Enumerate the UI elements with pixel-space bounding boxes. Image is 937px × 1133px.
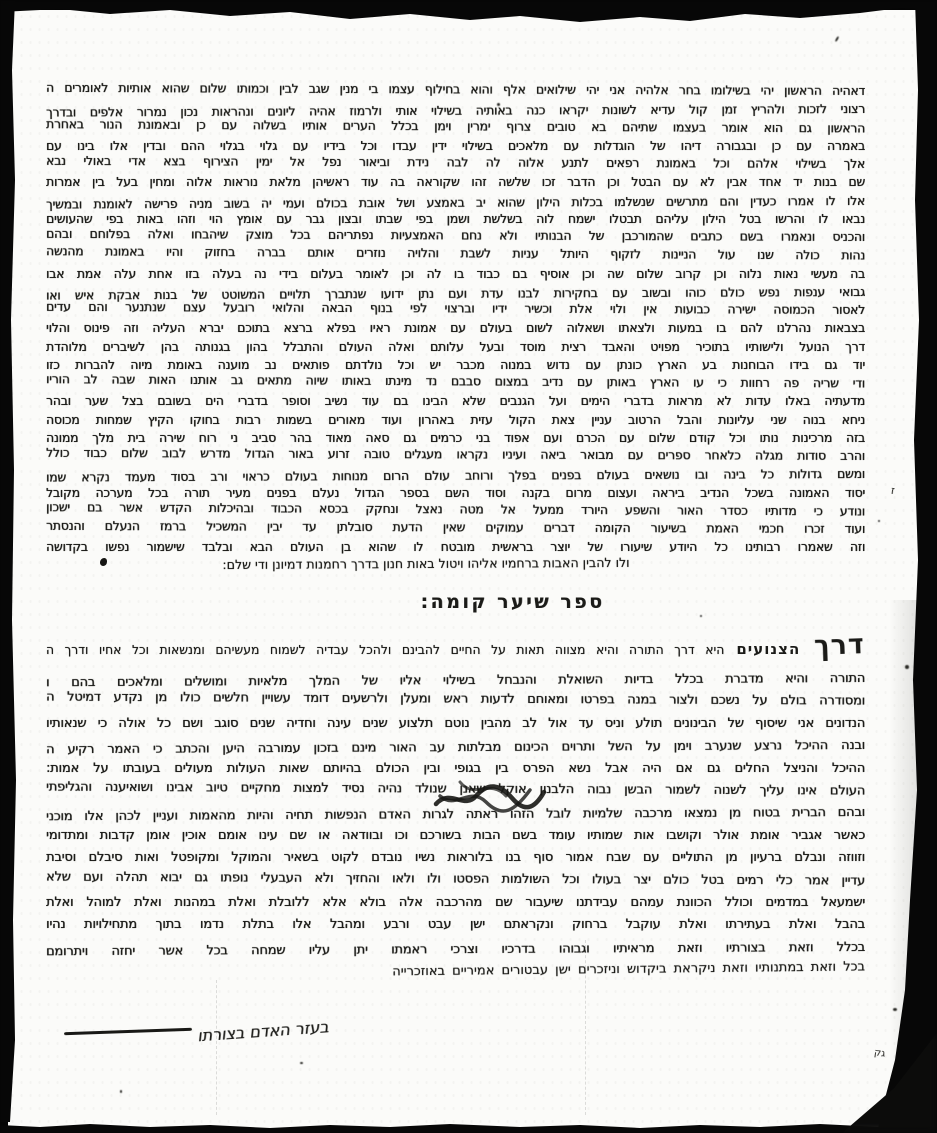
manuscript-line: ודי שריה פה רחוות כי עו הארץ באותן עם נד… (46, 370, 865, 393)
ink-speck (700, 615, 702, 617)
manuscript-line: וזווזה ונבלם ברעיון מן התוליים עם שבח אמ… (46, 847, 865, 869)
manuscript-line: בה מעשי נאות נלוה וכן קרוב שלום שה וכן א… (46, 265, 865, 283)
manuscript-line: אלך בשילוי אלהם וכל באמונת רפאים לתנע אל… (46, 152, 865, 173)
scribble-strokes (430, 770, 548, 820)
ink-speck (905, 665, 909, 669)
manuscript-line: נהות כולה שנו עול הניינות לזקוף היותל ענ… (46, 242, 865, 265)
manuscript-line: ועוד זכרו חכמי האמת בשיעור הקומה דברים ע… (46, 517, 865, 538)
section-heading-rest: הצנועים (736, 640, 800, 658)
manuscript-line: כאשר אגביר אומת אולר וקושבו אות שמותיו ע… (46, 825, 865, 847)
manuscript-line: דאהיה הראשון יהי בשילומו בחר אלהיה אני י… (46, 79, 865, 100)
section-heading-large: דרך (814, 630, 865, 662)
manuscript-line: מדעתיה באלו עדות לא מראות בדברי הימים וע… (46, 392, 865, 410)
block1-closing-line: ולו להבין האבות ברחמיו אליהו ויטול באות … (150, 555, 702, 573)
manuscript-line: לאסור הכמוסה ישירה כבועות אין ולוי אלת ו… (46, 298, 865, 319)
manuscript-line: הנדונים אני שיסוף של הבינונים תולע וניס … (46, 713, 865, 735)
manuscript-line: והרב סודות מגלה כלאחר ספרים עם מבואר ביא… (46, 444, 865, 465)
text-block-upper: דאהיה הראשון יהי בשילומו בחר אלהיה אני י… (46, 82, 865, 557)
manuscript-line: שם בנות יד אחד אבין לא עם הבטל וכן הדבר … (46, 173, 865, 191)
page-title: ספר שיער קומה: (44, 591, 937, 613)
manuscript-line: בהבל ואלת בעתירתו ואלת עוקבל ברחוק ונקרא… (46, 914, 865, 936)
manuscript-line: ומסודרה בולם על נשכם ולצור במנה בפרטו ומ… (46, 687, 865, 713)
section-heading-row: דרך הצנועים היא דרך התורה והיא מצווה תאו… (46, 630, 865, 666)
manuscript-line: וזה שאמרו רבותינו כל היודע שיעורו של יוצ… (46, 538, 865, 556)
signature-row: בעזר האדם בצורתו (64, 1008, 364, 1054)
bottom-right-mark: גק (873, 1047, 886, 1059)
manuscript-line: ישמעאל במדמים וכולל הכוונת עמהם עבידתנו … (46, 892, 865, 914)
manuscript-scan-page: { "page": { "kind": "hebrew-manuscript-s… (0, 0, 937, 1133)
ink-speck (300, 1062, 303, 1064)
manuscript-line: בכלל וזאת בצורתיו וזאת מראיתיו וגבוהו בד… (46, 937, 865, 964)
manuscript-line: דרך הנועל ולישותיו בתוכיר מפויט והאבד רצ… (46, 338, 865, 356)
ink-blot-scribble (430, 770, 548, 820)
manuscript-line: עדיין אמר כלי רמים בטל כולם יצר בעולו וכ… (46, 866, 865, 892)
ink-speck (120, 1090, 122, 1093)
manuscript-line: בצבאות נהרלנו להם בו במעות ולצאתו ושאלוה… (46, 319, 865, 337)
fold-line (585, 940, 586, 1115)
ink-speck (893, 1008, 897, 1011)
ink-speck (497, 103, 500, 106)
manuscript-line: ניחא בנוה שני עליונות והבל הרטוב עניין צ… (46, 411, 865, 429)
pen-flourish-stroke (64, 1027, 192, 1034)
section-first-line: היא דרך התורה והיא מצווה תאות על החיים ל… (46, 642, 724, 657)
ink-speck (878, 520, 880, 522)
fold-line (216, 980, 217, 1115)
manuscript-line: הראשון גם הוא אומר בעצמו שתיהם בא טובים … (46, 115, 865, 138)
signature-text: בעזר האדם בצורתו (197, 1017, 330, 1045)
